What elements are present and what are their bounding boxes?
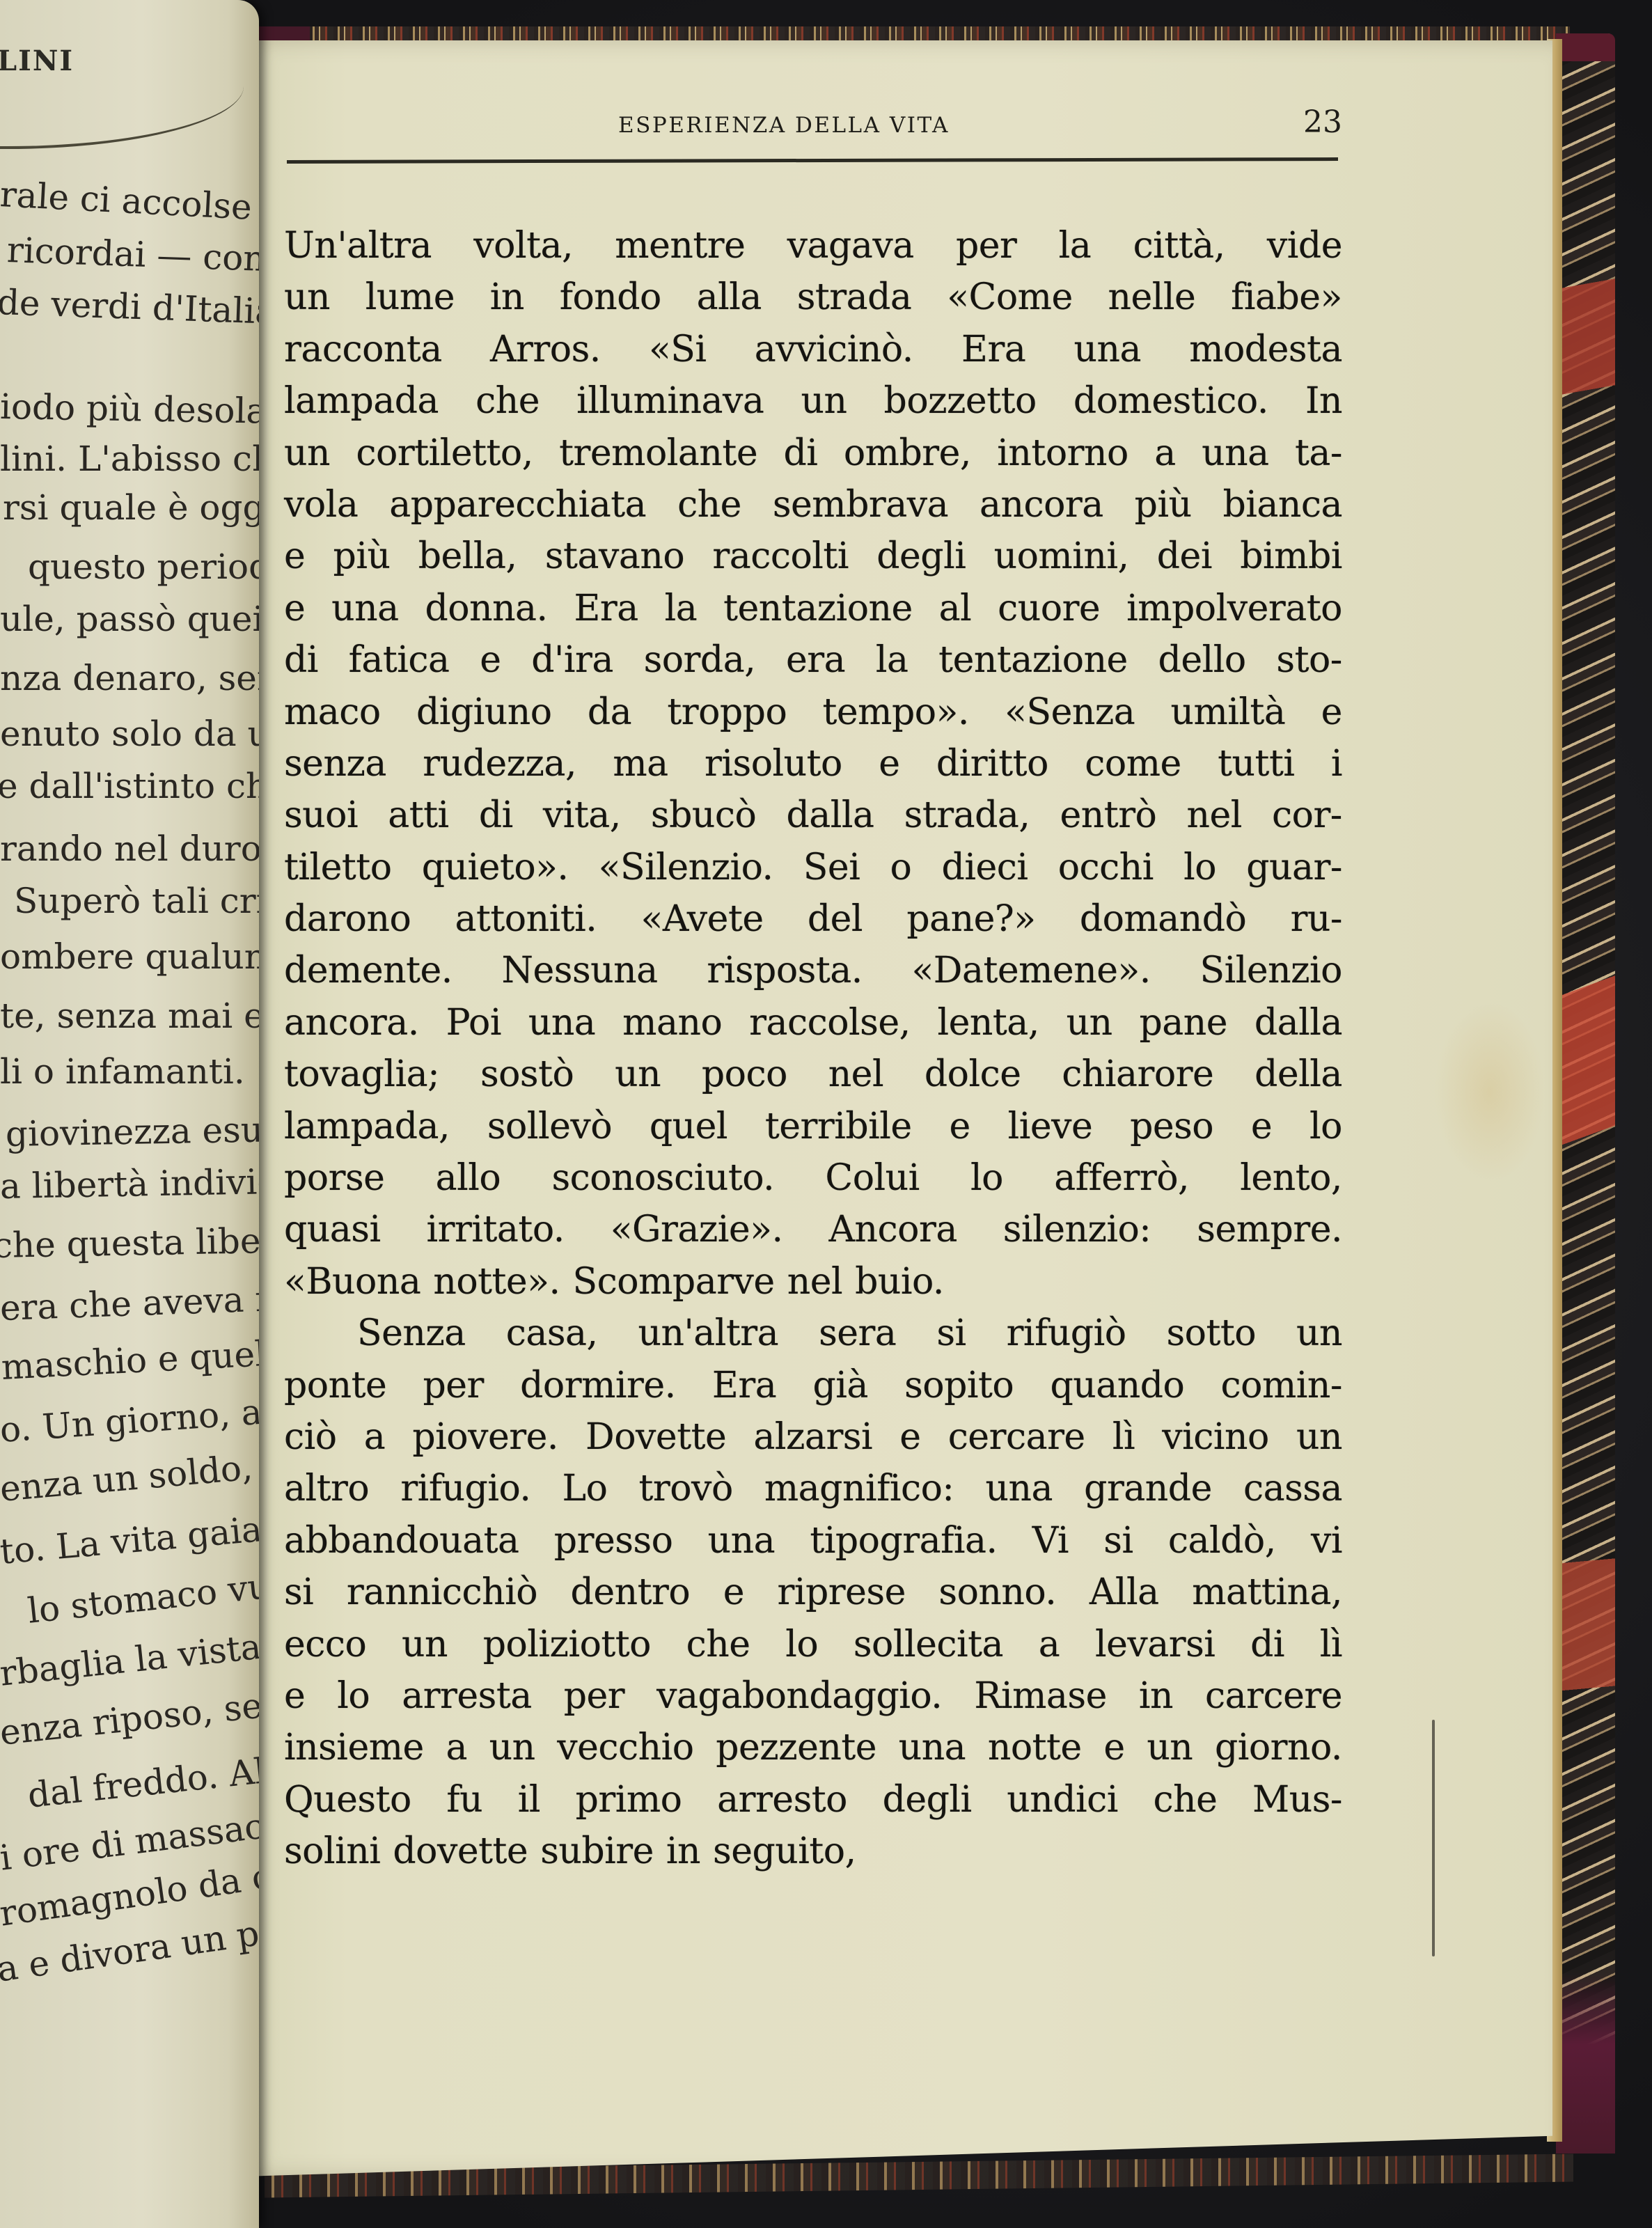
word: raccolse, (749, 997, 911, 1049)
word: ciò (284, 1411, 337, 1463)
word: vagabondaggio. (656, 1670, 942, 1722)
word: a (364, 1411, 386, 1463)
word: era (786, 634, 845, 686)
word: Vi (1032, 1515, 1069, 1567)
word: più (333, 531, 391, 582)
word: sto- (1276, 634, 1342, 686)
word: ancora (980, 479, 1103, 531)
word: un (489, 1722, 535, 1773)
word: più (1135, 479, 1192, 531)
left-page-line: lo stomaco vuoto (26, 1560, 259, 1631)
text-line: raccontaArros.«Siavvicinò.Eraunamodesta (284, 324, 1342, 375)
word: la (665, 583, 698, 634)
word: lì (1112, 1411, 1135, 1463)
left-page-line: de verdi d'Italia (0, 282, 259, 332)
word: mentre (615, 220, 745, 272)
word: e (950, 1101, 970, 1152)
word: dalla (786, 790, 874, 841)
word: volta, (473, 220, 573, 272)
word: un (1147, 1722, 1193, 1773)
word: che (677, 479, 741, 531)
word: undici (1007, 1774, 1118, 1826)
word: bella, (418, 531, 517, 582)
word: Ancora (828, 1204, 957, 1255)
word: Lo (563, 1463, 608, 1514)
word: lo (785, 1619, 818, 1670)
word: poco (702, 1049, 787, 1100)
word: carcere (1205, 1670, 1342, 1722)
word: si (1103, 1515, 1133, 1567)
body-text: Un'altravolta,mentrevagavaperlacittà,vid… (284, 220, 1342, 1878)
word: per (956, 220, 1016, 272)
word: ombre, (844, 427, 971, 479)
word: nel (787, 1256, 842, 1308)
word: tovaglia; (284, 1049, 439, 1100)
running-head-title: ESPERIENZA DELLA VITA (618, 113, 950, 138)
word: un (801, 375, 847, 427)
word: una (1202, 427, 1268, 479)
word: stavano (545, 531, 684, 582)
word: vagava (787, 220, 914, 272)
word: arresta (402, 1670, 532, 1722)
headband-corner (1556, 33, 1615, 61)
word: vita, (543, 790, 621, 841)
word: di (284, 634, 318, 686)
left-page-line: ricordai — con (6, 230, 259, 279)
text-line: porseallosconosciuto.Coluiloafferrò,lent… (284, 1152, 1342, 1204)
text-line: daronoattoniti.«Avetedelpane?»domandòru- (284, 893, 1342, 945)
left-page-line: a libertà individ (0, 1161, 259, 1207)
text-line: uncortiletto,tremolantediombre,intornoau… (284, 427, 1342, 479)
word: riprese (778, 1567, 906, 1618)
text-line: macodigiunodatroppotempo».«Senzaumiltàe (284, 687, 1342, 738)
text-line: volaapparecchiatachesembravaancorapiùbia… (284, 479, 1342, 531)
word: strada, (904, 790, 1030, 841)
running-head: ESPERIENZA DELLA VITA 23 (284, 104, 1342, 146)
word: «Datemene». (911, 945, 1150, 996)
word: di (1250, 1619, 1284, 1670)
word: un'altra (638, 1308, 778, 1359)
text-line: insiemeaunvecchiopezzenteunanotteeungior… (284, 1722, 1342, 1773)
word: notte». (433, 1256, 560, 1308)
word: mano (622, 997, 722, 1049)
text-line: unlumeinfondoallastrada«Comenellefiabe» (284, 272, 1342, 323)
word: per (423, 1360, 483, 1411)
word: Rimase (974, 1670, 1107, 1722)
word: sotto (1166, 1308, 1256, 1359)
text-line: «Buonanotte».Scomparvenelbuio. (284, 1256, 1342, 1308)
word: sempre. (1197, 1204, 1342, 1255)
word: ta- (1295, 427, 1342, 479)
text-line: suoiattidivita,sbucòdallastrada,entrònel… (284, 790, 1342, 841)
word: Silenzio (1200, 945, 1342, 996)
word: grande (1084, 1463, 1212, 1514)
word: domandò (1080, 893, 1247, 945)
text-line: altrorifugio.Lotrovòmagnifico:unagrandec… (284, 1463, 1342, 1514)
word: senza (284, 738, 386, 790)
word: fu (446, 1774, 482, 1826)
word: illuminava (576, 375, 764, 427)
word: ancora. (284, 997, 419, 1049)
word: la (1059, 220, 1092, 272)
word: di (784, 427, 818, 479)
left-page-line: o. Un giorno, app (0, 1388, 259, 1450)
word: una (331, 583, 398, 634)
word: impolverato (1126, 583, 1342, 634)
word: sopito (904, 1360, 1014, 1411)
word: «Senza (1005, 687, 1135, 738)
word: vola (284, 479, 358, 531)
word: un (1296, 1411, 1342, 1463)
word: come (1085, 738, 1181, 790)
word: trovò (639, 1463, 733, 1514)
word: troppo (667, 687, 787, 738)
word: che (475, 375, 540, 427)
left-page-line: maschio e quella (0, 1332, 259, 1388)
word: sollecita (853, 1619, 1003, 1670)
word: presso (554, 1515, 673, 1567)
word: caldò, (1168, 1515, 1276, 1567)
word: pane?» (906, 893, 1035, 945)
left-page-line: li o infamanti. (0, 1051, 245, 1092)
left-page-line: nza denaro, senza (0, 658, 259, 698)
word: lo (1309, 1101, 1342, 1152)
word: un (615, 1049, 661, 1100)
word: magnifico: (764, 1463, 954, 1514)
word: al (939, 583, 972, 634)
word: e (899, 1411, 920, 1463)
page-number: 23 (1303, 104, 1342, 140)
word: «Come (947, 272, 1073, 323)
word: in (490, 272, 524, 323)
word: raccolti (712, 531, 849, 582)
word: si (284, 1567, 313, 1618)
left-page-line: enza riposo, senza (0, 1679, 259, 1752)
text-line: tovaglia;sostòunpoconeldolcechiaroredell… (284, 1049, 1342, 1100)
word: tremolante (559, 427, 757, 479)
word: una (899, 1722, 966, 1773)
word: e (480, 634, 501, 686)
word: sorda, (644, 634, 756, 686)
left-page-line: iodo più desolato (0, 386, 259, 432)
word: a (1154, 427, 1176, 479)
word: che (1154, 1774, 1218, 1826)
text-line: Un'altravolta,mentrevagavaperlacittà,vid… (284, 220, 1342, 272)
word: una (986, 1463, 1053, 1514)
text-line: sirannicchiòdentroeripresesonno.Allamatt… (284, 1567, 1342, 1618)
text-line: ciòapiovere.Dovettealzarsiecercarelìvici… (284, 1411, 1342, 1463)
word: apparecchiata (389, 479, 646, 531)
left-page-line: e dall'istinto che (0, 766, 259, 806)
left-page-line: lini. L'abisso che (0, 439, 259, 479)
word: si (936, 1308, 966, 1359)
word: tentazione (723, 583, 913, 634)
word: ru- (1291, 893, 1342, 945)
book-fore-edge-marbled (1556, 33, 1615, 2154)
word: racconta (284, 324, 442, 375)
word: pane (1139, 997, 1227, 1049)
word: levarsi (1095, 1619, 1215, 1670)
left-page-line: giovinezza esuber (5, 1108, 259, 1154)
word: dovette (393, 1826, 528, 1877)
text-line: eloarrestapervagabondaggio.Rimaseincarce… (284, 1670, 1342, 1722)
word: tempo». (823, 687, 969, 738)
word: vicino (1162, 1411, 1269, 1463)
word: sostò (480, 1049, 574, 1100)
word: una (708, 1515, 775, 1567)
word: Era (574, 583, 638, 634)
text-line: demente.Nessunarisposta.«Datemene».Silen… (284, 945, 1342, 996)
word: lì (1320, 1619, 1342, 1670)
word: un (1067, 997, 1112, 1049)
word: un (284, 272, 330, 323)
word: vi (1311, 1515, 1342, 1567)
text-line: eunadonna.Eralatentazionealcuoreimpolver… (284, 583, 1342, 634)
word: darono (284, 893, 411, 945)
left-page-line: rbaglia la vista. (0, 1625, 259, 1694)
word: occhi (1058, 842, 1154, 893)
word: lo (337, 1670, 370, 1722)
word: del (808, 893, 863, 945)
word: peso (1130, 1101, 1213, 1152)
word: lenta, (937, 997, 1039, 1049)
tailband-corner (1556, 1972, 1615, 2154)
word: cercare (948, 1411, 1085, 1463)
word: Arros. (490, 324, 601, 375)
word: «Buona (284, 1256, 420, 1308)
word: lume (365, 272, 455, 323)
word: degli (883, 1774, 972, 1826)
word: città, (1133, 220, 1225, 272)
word: una (528, 997, 595, 1049)
left-page-line: rsi quale è oggi (3, 487, 259, 528)
word: arresto (717, 1774, 847, 1826)
word: vecchio (557, 1722, 693, 1773)
word: ma (613, 738, 668, 790)
word: Un'altra (284, 220, 432, 272)
word: il (518, 1774, 540, 1826)
word: strada (797, 272, 912, 323)
word: rifugio. (400, 1463, 530, 1514)
text-line: difaticaed'irasorda,eralatentazionedello… (284, 634, 1342, 686)
word: umiltà (1170, 687, 1285, 738)
left-page-line: enza un soldo, st (0, 1443, 259, 1509)
word: «Si (649, 324, 707, 375)
word: comin- (1221, 1360, 1342, 1411)
text-line: solinidovettesubireinseguito, (284, 1826, 1342, 1877)
word: cassa (1243, 1463, 1342, 1514)
word: per (564, 1670, 624, 1722)
word: cortiletto, (356, 427, 533, 479)
left-page-line: to. La vita gaia (0, 1509, 259, 1572)
word: dei (1157, 531, 1212, 582)
word: e (284, 531, 305, 582)
word: lo (1183, 842, 1216, 893)
word: solini (284, 1826, 380, 1877)
left-page-line: rando nel duro (0, 829, 259, 869)
word: dello (1158, 634, 1246, 686)
word: dalla (1254, 997, 1342, 1049)
word: in (666, 1826, 700, 1877)
word: piovere. (412, 1411, 558, 1463)
word: atti (388, 790, 448, 841)
word: rifugiò (1007, 1308, 1126, 1359)
word: modesta (1189, 324, 1342, 375)
text-line: epiùbella,stavanoraccoltidegliuomini,dei… (284, 531, 1342, 582)
word: guar- (1246, 842, 1342, 893)
word: domestico. (1073, 375, 1268, 427)
left-page-line: rale ci accolse fr (0, 174, 259, 230)
word: Scomparve (573, 1256, 775, 1308)
word: da (588, 687, 631, 738)
word: cuore (998, 583, 1100, 634)
word: Sei (803, 842, 860, 893)
word: bozzetto (884, 375, 1037, 427)
word: fondo (560, 272, 661, 323)
word: allo (436, 1152, 501, 1204)
word: e (1251, 1101, 1272, 1152)
word: suoi (284, 790, 358, 841)
word: Poi (446, 997, 501, 1049)
word: Era (961, 324, 1025, 375)
word: la (876, 634, 908, 686)
word: demente. (284, 945, 453, 996)
text-line: lampadacheilluminavaunbozzettodomestico.… (284, 375, 1342, 427)
word: Colui (825, 1152, 919, 1204)
text-line: QuestofuilprimoarrestodegliundicicheMus- (284, 1774, 1342, 1826)
word: nel (1186, 790, 1241, 841)
text-line: eccounpoliziottochelosollecitaalevarsidi… (284, 1619, 1342, 1670)
text-line: ponteperdormire.Eragiàsopitoquandocomin- (284, 1360, 1342, 1411)
word: Era (712, 1360, 776, 1411)
word: a (446, 1722, 467, 1773)
word: avvicinò. (755, 324, 913, 375)
left-page-line: Superò tali cris (14, 881, 259, 921)
left-page-line: questo periodo (28, 547, 259, 587)
text-line: Senzacasa,un'altraserasirifugiòsottoun (284, 1308, 1342, 1359)
word: abbandouata (284, 1515, 519, 1567)
word: lampada, (284, 1101, 450, 1152)
word: vide (1267, 220, 1342, 272)
word: quando (1050, 1360, 1184, 1411)
word: e (1321, 687, 1342, 738)
word: fiabe» (1231, 272, 1342, 323)
word: dormire. (520, 1360, 676, 1411)
word: Dovette (585, 1411, 726, 1463)
word: «Silenzio. (599, 842, 773, 893)
word: e (284, 583, 305, 634)
word: pezzente (716, 1722, 876, 1773)
word: e (284, 1670, 305, 1722)
word: buio. (855, 1256, 944, 1308)
word: sonno. (938, 1567, 1056, 1618)
word: maco (284, 687, 381, 738)
word: Alla (1089, 1567, 1159, 1618)
word: tiletto (284, 842, 392, 893)
word: bianca (1222, 479, 1342, 531)
word: i (1331, 738, 1342, 790)
left-page-line: ombere qualunque (0, 936, 259, 977)
word: donna. (425, 583, 547, 634)
word: nel (828, 1049, 883, 1100)
word: casa, (506, 1308, 598, 1359)
word: sbucò (651, 790, 756, 841)
word: a (1039, 1619, 1060, 1670)
word: giorno. (1215, 1722, 1342, 1773)
word: dolce (925, 1049, 1021, 1100)
word: e (723, 1567, 744, 1618)
word: nelle (1108, 272, 1196, 323)
word: risoluto (705, 738, 842, 790)
word: primo (576, 1774, 682, 1826)
word: tipografia. (810, 1515, 997, 1567)
left-page-line: te, senza mai es (0, 996, 259, 1036)
text-line: lampada,sollevòquelterribileelievepesoel… (284, 1101, 1342, 1152)
word: lento, (1240, 1152, 1342, 1204)
text-line: ancora.Poiunamanoraccolse,lenta,unpaneda… (284, 997, 1342, 1049)
word: che (686, 1619, 750, 1670)
word: un (402, 1619, 448, 1670)
word: un (1296, 1308, 1342, 1359)
word: in (1139, 1670, 1173, 1722)
word: In (1305, 375, 1342, 427)
word: una (1074, 324, 1141, 375)
word: lieve (1008, 1101, 1093, 1152)
word: d'ira (531, 634, 613, 686)
text-line: abbandouatapressounatipografia.Visicaldò… (284, 1515, 1342, 1567)
word: silenzio: (1003, 1204, 1151, 1255)
word: sembrava (773, 479, 948, 531)
word: cor- (1272, 790, 1342, 841)
word: Mus- (1252, 1774, 1342, 1826)
word: «Grazie». (611, 1204, 783, 1255)
word: o (890, 842, 912, 893)
word: Senza (357, 1308, 466, 1359)
word: dentro (571, 1567, 691, 1618)
word: quieto». (422, 842, 569, 893)
word: ponte (284, 1360, 386, 1411)
text-line: senzarudezza,marisolutoedirittocometutti… (284, 738, 1342, 790)
word: quasi (284, 1204, 381, 1255)
left-page-line: era che aveva no (0, 1278, 259, 1328)
word: insieme (284, 1722, 424, 1773)
paper-stain (1434, 1001, 1545, 1182)
word: mattina, (1192, 1567, 1342, 1618)
word: sera (819, 1308, 896, 1359)
word: rudezza, (423, 738, 576, 790)
word: «Avete (641, 893, 764, 945)
left-page-line: ule, passò quei p (0, 599, 259, 639)
word: e (1103, 1722, 1124, 1773)
word: chiarore (1062, 1049, 1213, 1100)
word: risposta. (707, 945, 862, 996)
word: lo (970, 1152, 1003, 1204)
word: intorno (997, 427, 1128, 479)
text-line: quasiirritato.«Grazie».Ancorasilenzio:se… (284, 1204, 1342, 1255)
word: ecco (284, 1619, 366, 1670)
word: porse (284, 1152, 384, 1204)
word: digiuno (416, 687, 552, 738)
word: entrò (1060, 790, 1157, 841)
word: bimbi (1240, 531, 1342, 582)
left-page-text: rale ci accolse frricordai — conde verdi… (0, 0, 259, 2228)
word: diritto (936, 738, 1048, 790)
pencil-margin-mark (1432, 1720, 1435, 1956)
word: irritato. (427, 1204, 565, 1255)
word: quel (650, 1101, 727, 1152)
word: tutti (1218, 738, 1294, 790)
word: fatica (349, 634, 450, 686)
